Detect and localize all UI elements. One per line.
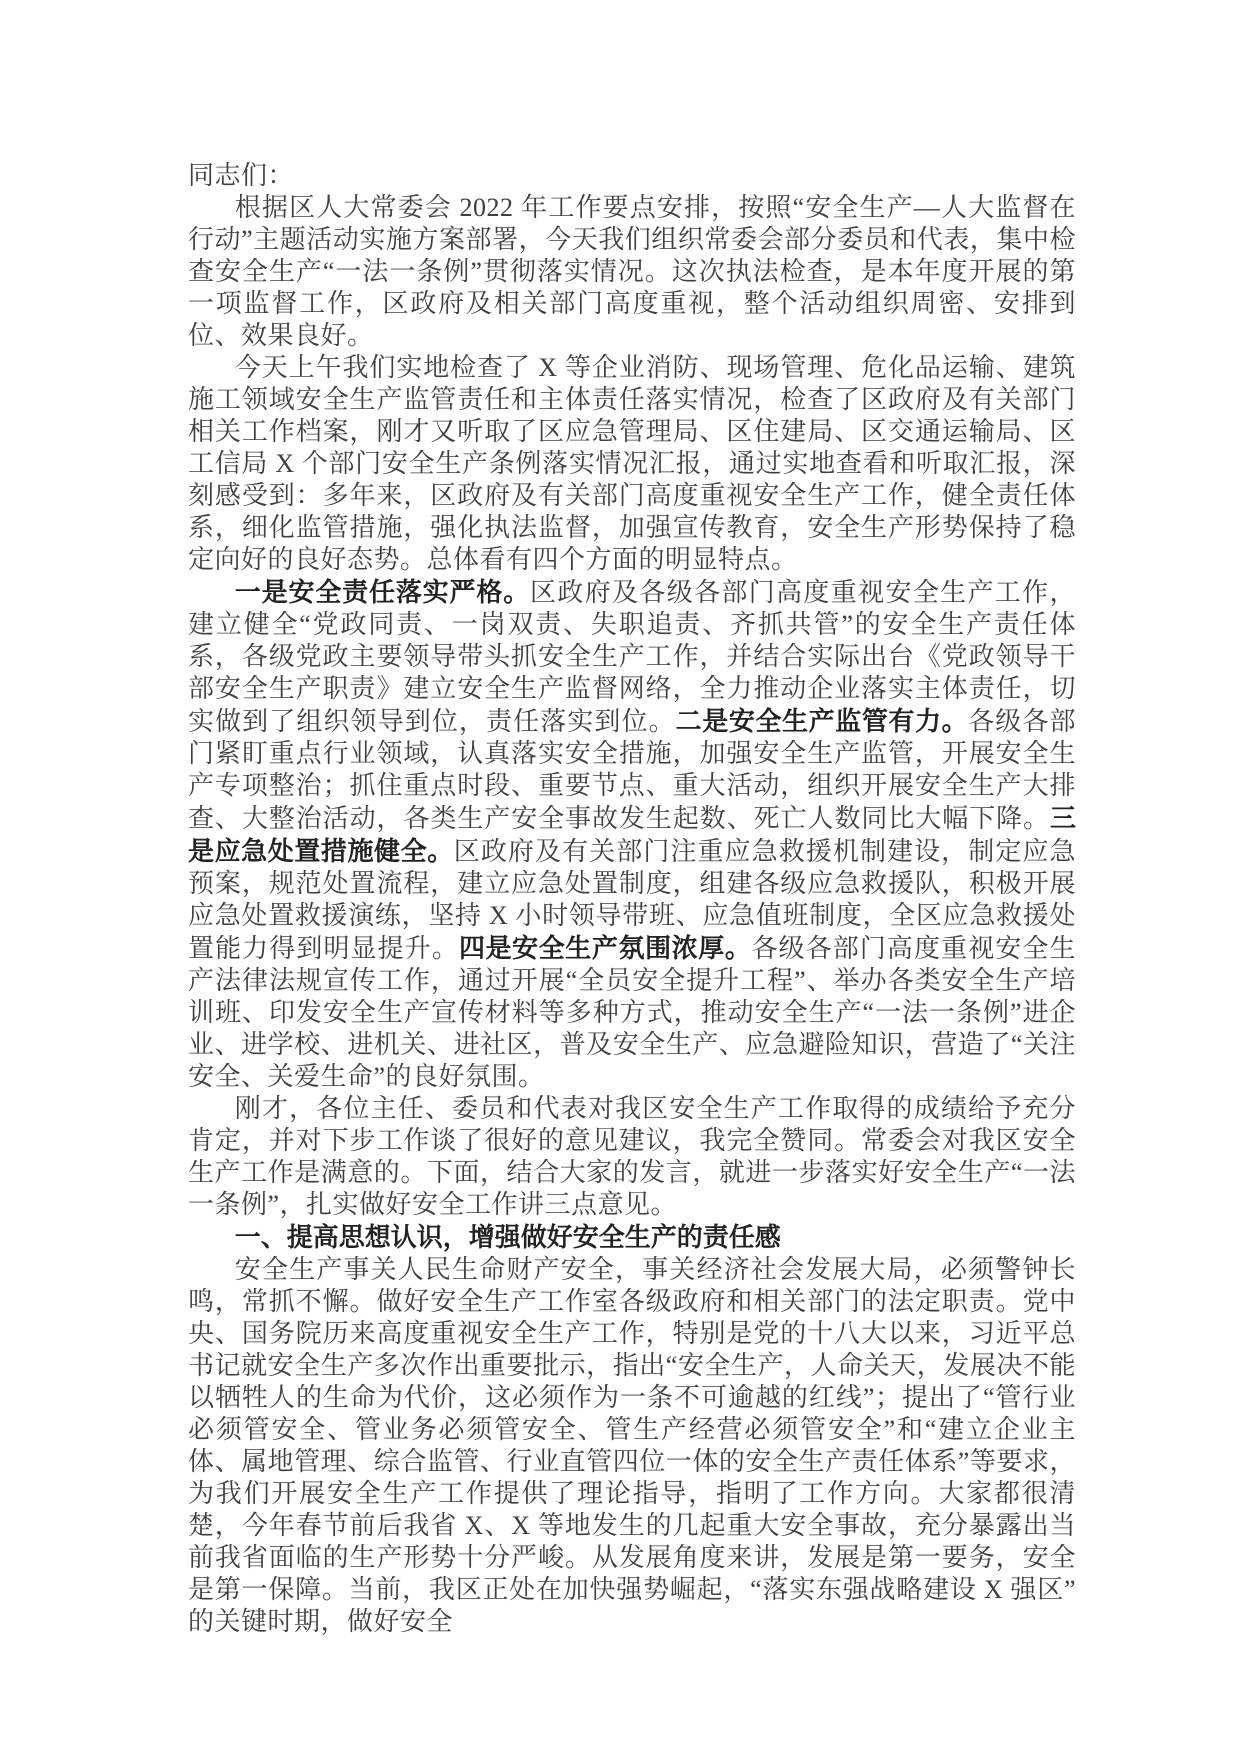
document-body: 同志们：根据区人大常委会 2022 年工作要点安排，按照“安全生产—人大监督在行…: [188, 160, 1076, 1638]
paragraph: 根据区人大常委会 2022 年工作要点安排，按照“安全生产—人大监督在行动”主题…: [188, 192, 1076, 352]
text-run: 同志们：: [188, 161, 294, 190]
bold-run: 四是安全生产氛围浓厚。: [459, 933, 752, 963]
paragraph: 今天上午我们实地检查了 X 等企业消防、现场管理、危化品运输、建筑施工领域安全生…: [188, 352, 1076, 576]
text-run: 根据区人大常委会 2022 年工作要点安排，按照“安全生产—人大监督在行动”主题…: [188, 193, 1076, 350]
paragraph: 一是安全责任落实严格。区政府及各级各部门高度重视安全生产工作，建立健全“党政同责…: [188, 576, 1076, 1093]
text-run: 刚才，各位主任、委员和代表对我区安全生产工作取得的成绩给予充分肯定，并对下步工作…: [188, 1094, 1076, 1219]
document-page: 同志们：根据区人大常委会 2022 年工作要点安排，按照“安全生产—人大监督在行…: [0, 0, 1240, 1754]
bold-run: 二是安全生产监管有力。: [676, 706, 969, 736]
heading: 一、提高思想认识，增强做好安全生产的责任感: [188, 1221, 1076, 1254]
salutation: 同志们：: [188, 160, 1076, 192]
text-run: 安全生产事关人民生命财产安全，事关经济社会发展大局，必须警钟长鸣，常抓不懈。做好…: [188, 1255, 1076, 1636]
paragraph: 刚才，各位主任、委员和代表对我区安全生产工作取得的成绩给予充分肯定，并对下步工作…: [188, 1093, 1076, 1221]
bold-run: 一是安全责任落实严格。: [235, 577, 530, 607]
paragraph: 安全生产事关人民生命财产安全，事关经济社会发展大局，必须警钟长鸣，常抓不懈。做好…: [188, 1254, 1076, 1638]
bold-run: 一、提高思想认识，增强做好安全生产的责任感: [235, 1222, 781, 1252]
text-run: 今天上午我们实地检查了 X 等企业消防、现场管理、危化品运输、建筑施工领域安全生…: [188, 353, 1076, 574]
